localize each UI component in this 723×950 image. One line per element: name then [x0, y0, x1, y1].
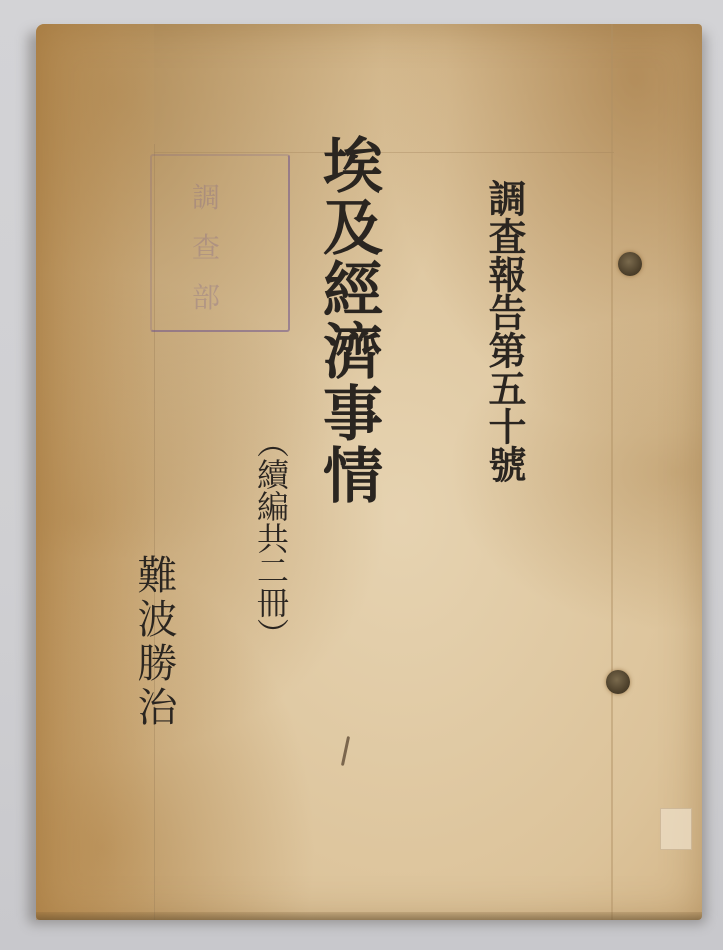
- book-cover: 調 查 部 埃及經濟事情 調査報告第五十號 （續編共二冊） 難波勝治: [36, 24, 702, 920]
- series-label: 調査報告第五十號: [484, 179, 524, 483]
- stained-left-strip: [36, 24, 154, 920]
- author-name: 難波勝治: [132, 554, 176, 730]
- flap-top-edge: [154, 152, 614, 153]
- ink-mark: [341, 736, 350, 766]
- paper-tab: [660, 808, 692, 850]
- cover-title: 埃及經濟事情: [316, 134, 380, 506]
- volume-note: （續編共二冊）: [254, 426, 288, 650]
- library-stamp: 調 查 部: [150, 154, 290, 332]
- binding-hole-top: [618, 252, 642, 276]
- stamp-char: 調: [192, 176, 220, 216]
- binding-fold: [611, 24, 613, 920]
- binding-hole-bottom: [606, 670, 630, 694]
- page-edges: [36, 912, 702, 920]
- stamp-char: 部: [192, 276, 220, 316]
- stamp-char: 查: [192, 226, 220, 266]
